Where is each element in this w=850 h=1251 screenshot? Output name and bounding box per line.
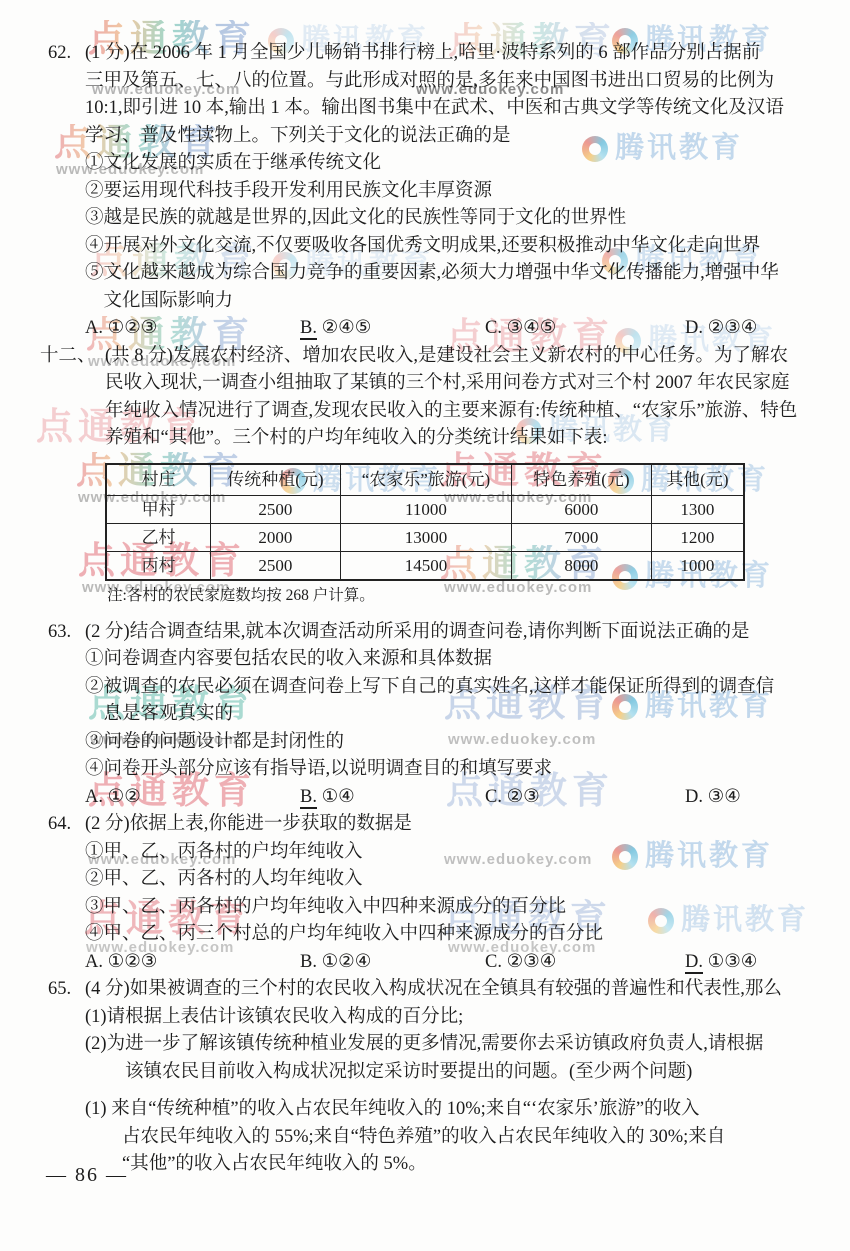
table-body: 甲村 2500 11000 6000 1300 乙村 2000 13000 70… <box>106 495 744 580</box>
question-64: 64. (2 分)依据上表,你能进一步获取的数据是 ①甲、乙、丙各村的户均年纯收… <box>0 811 828 976</box>
answer-label: B. <box>300 952 317 972</box>
option-line: ④甲、乙、丙三个村总的户均年纯收入中四种来源成分的百分比 <box>85 921 828 949</box>
table-cell-other: 1000 <box>651 551 744 580</box>
table-header-cell: 特色养殖(元) <box>512 464 652 496</box>
question-63: 63. (2 分)结合调查结果,就本次调查活动所采用的调查问卷,请你判断下面说法… <box>0 619 828 812</box>
answer-label: B. <box>300 318 317 340</box>
answer-choice: D. ②③④ <box>685 315 828 343</box>
answer-label: A. <box>85 787 103 807</box>
answer-label: A. <box>85 318 103 338</box>
answer-value: ②③④ <box>507 952 557 972</box>
question-stem: (2 分)结合调查结果,就本次调查活动所采用的调查问卷,请你判断下面说法正确的是 <box>85 619 828 647</box>
answer-choice: B. ①②④ <box>300 949 485 977</box>
table-cell-planting: 2000 <box>211 523 341 551</box>
option-list: ①问卷调查内容要包括农民的收入来源和具体数据②被调查的农民必须在调查问卷上写下自… <box>85 646 828 784</box>
answer-value: ①②③ <box>108 318 158 338</box>
option-line: ③越是民族的就越是世界的,因此文化的民族性等同于文化的世界性 <box>85 205 828 233</box>
answer-label: D. <box>685 952 703 974</box>
answer-choice: A. ①②③ <box>85 315 300 343</box>
table-cell-tourism: 13000 <box>340 523 511 551</box>
answer-row: A. ①②③B. ②④⑤C. ③④⑤D. ②③④ <box>85 315 828 343</box>
answer-choice: C. ②③ <box>485 784 685 812</box>
exam-content: 62. (1 分)在 2006 年 1 月全国少儿畅销书排行榜上,哈里·波特系列… <box>0 0 850 1179</box>
table-cell-planting: 2500 <box>211 551 341 580</box>
option-line: ②被调查的农民必须在调查问卷上写下自己的真实姓名,这样才能保证所得到的调查信 息… <box>85 674 828 729</box>
exam-page: 点通教育 腾讯教育 点通教育 腾讯教育 www.eduokey.com www.… <box>0 0 850 1251</box>
table-cell-breeding: 7000 <box>512 523 652 551</box>
table-header-cell: 传统种植(元) <box>211 464 341 496</box>
question-answer-text: (1) 来自“传统种植”的收入占农民年纯收入的 10%;来自“‘农家乐’旅游”的… <box>85 1096 828 1179</box>
answer-row: A. ①②③B. ①②④C. ②③④D. ①③④ <box>85 949 828 977</box>
option-line: ②要运用现代科技手段开发利用民族文化丰厚资源 <box>85 178 828 206</box>
table-row: 乙村 2000 13000 7000 1200 <box>106 523 744 551</box>
answer-value: ①②③ <box>108 952 158 972</box>
answer-choice: A. ①②③ <box>85 949 300 977</box>
table-cell-tourism: 11000 <box>340 495 511 523</box>
question-stem: (1 分)在 2006 年 1 月全国少儿畅销书排行榜上,哈里·波特系列的 6 … <box>85 40 828 150</box>
question-62: 62. (1 分)在 2006 年 1 月全国少儿畅销书排行榜上,哈里·波特系列… <box>0 40 828 343</box>
answer-label: A. <box>85 952 103 972</box>
table-header-cell: 其他(元) <box>651 464 744 496</box>
option-line: ④开展对外文化交流,不仅要吸收各国优秀文明成果,还要积极推动中华文化走向世界 <box>85 233 828 261</box>
question-stem: (4 分)如果被调查的三个村的农民收入构成状况在全镇具有较强的普遍性和代表性,那… <box>85 976 828 1004</box>
answer-label: C. <box>485 787 502 807</box>
section-12: 十二、 (共 8 分)发展农村经济、增加农民收入,是建设社会主义新农村的中心任务… <box>0 343 828 607</box>
answer-value: ③④ <box>708 787 741 807</box>
table-cell-other: 1200 <box>651 523 744 551</box>
option-line: ①问卷调查内容要包括农民的收入来源和具体数据 <box>85 646 828 674</box>
answer-value: ①②④ <box>322 952 372 972</box>
question-65: 65. (4 分)如果被调查的三个村的农民收入构成状况在全镇具有较强的普遍性和代… <box>0 976 828 1179</box>
table-cell-other: 1300 <box>651 495 744 523</box>
question-number: 65. <box>48 976 71 1004</box>
answer-row: A. ①②B. ①④C. ②③D. ③④ <box>85 784 828 812</box>
table-cell-tourism: 14500 <box>340 551 511 580</box>
answer-label: D. <box>685 318 703 338</box>
option-line: ③甲、乙、丙各村的户均年纯收入中四种来源成分的百分比 <box>85 894 828 922</box>
answer-value: ②③④ <box>708 318 758 338</box>
table-header-cell: “农家乐”旅游(元) <box>340 464 511 496</box>
option-list: ①甲、乙、丙各村的户均年纯收入②甲、乙、丙各村的人均年纯收入③甲、乙、丙各村的户… <box>85 839 828 949</box>
answer-value: ③④⑤ <box>507 318 557 338</box>
table-cell-village: 丙村 <box>106 551 211 580</box>
table-head: 村庄传统种植(元)“农家乐”旅游(元)特色养殖(元)其他(元) <box>106 464 744 496</box>
answer-value: ①② <box>108 787 141 807</box>
answer-choice: A. ①② <box>85 784 300 812</box>
answer-label: B. <box>300 787 317 809</box>
question-stem: (2 分)依据上表,你能进一步获取的数据是 <box>85 811 828 839</box>
answer-value: ①③④ <box>708 952 758 972</box>
table-row: 甲村 2500 11000 6000 1300 <box>106 495 744 523</box>
option-line: ⑤文化越来越成为综合国力竞争的重要因素,必须大力增强中华文化传播能力,增强中华 … <box>85 260 828 315</box>
option-line: ②甲、乙、丙各村的人均年纯收入 <box>85 866 828 894</box>
answer-label: D. <box>685 787 703 807</box>
table-cell-planting: 2500 <box>211 495 341 523</box>
option-line: ①文化发展的实质在于继承传统文化 <box>85 150 828 178</box>
answer-value: ②③ <box>507 787 540 807</box>
question-subitem-2: (2)为进一步了解该镇传统种植业发展的更多情况,需要你去采访镇政府负责人,请根据… <box>85 1031 828 1086</box>
table-cell-breeding: 6000 <box>512 495 652 523</box>
answer-label: C. <box>485 318 502 338</box>
answer-choice: D. ③④ <box>685 784 828 812</box>
section-stem: (共 8 分)发展农村经济、增加农民收入,是建设社会主义新农村的中心任务。为了解… <box>105 343 828 453</box>
table-cell-village: 乙村 <box>106 523 211 551</box>
table-header-cell: 村庄 <box>106 464 211 496</box>
option-list: ①文化发展的实质在于继承传统文化②要运用现代科技手段开发利用民族文化丰厚资源③越… <box>85 150 828 315</box>
answer-choice: D. ①③④ <box>685 949 828 977</box>
option-line: ①甲、乙、丙各村的户均年纯收入 <box>85 839 828 867</box>
section-number: 十二、 <box>40 343 96 371</box>
table-cell-village: 甲村 <box>106 495 211 523</box>
answer-choice: B. ①④ <box>300 784 485 812</box>
option-line: ④问卷开头部分应该有指导语,以说明调查目的和填写要求 <box>85 756 828 784</box>
table-cell-breeding: 8000 <box>512 551 652 580</box>
table-row: 丙村 2500 14500 8000 1000 <box>106 551 744 580</box>
answer-choice: C. ③④⑤ <box>485 315 685 343</box>
option-line: ③问卷的问题设计都是封闭性的 <box>85 729 828 757</box>
question-number: 64. <box>48 811 71 839</box>
answer-choice: C. ②③④ <box>485 949 685 977</box>
question-number: 62. <box>48 40 71 68</box>
page-number: — 86 — <box>46 1162 128 1190</box>
question-subitem-1: (1)请根据上表估计该镇农民收入构成的百分比; <box>85 1004 828 1032</box>
answer-value: ②④⑤ <box>322 318 372 338</box>
question-number: 63. <box>48 619 71 647</box>
income-table: 村庄传统种植(元)“农家乐”旅游(元)特色养殖(元)其他(元) 甲村 2500 … <box>105 463 745 581</box>
answer-value: ①④ <box>322 787 355 807</box>
table-note: 注:各村的农民家庭数均按 268 户计算。 <box>107 585 828 607</box>
answer-choice: B. ②④⑤ <box>300 315 485 343</box>
answer-label: C. <box>485 952 502 972</box>
